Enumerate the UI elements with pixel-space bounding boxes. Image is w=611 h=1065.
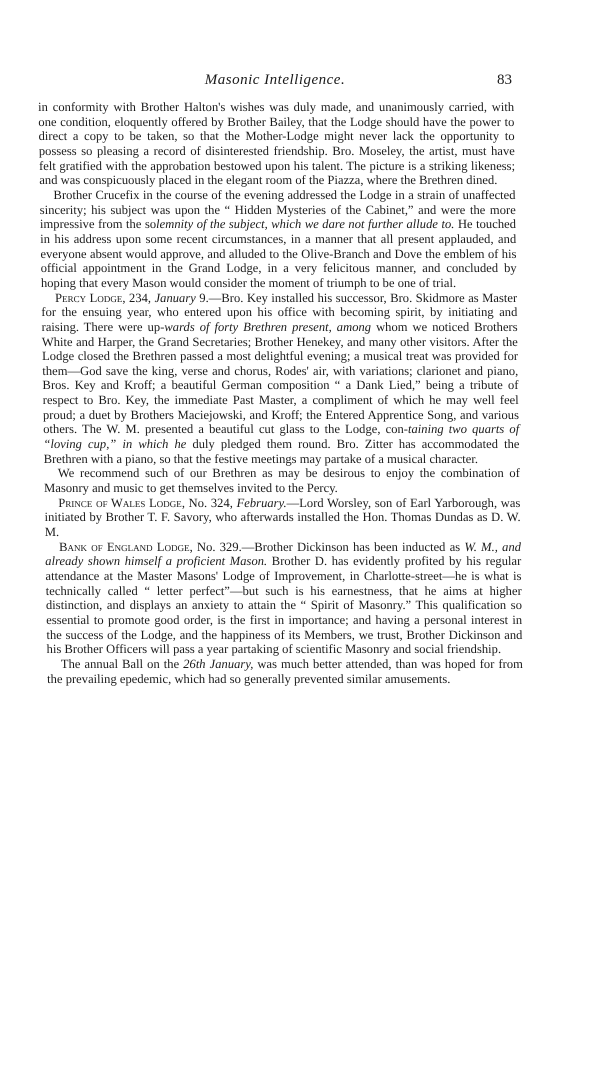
page-number: 83 (497, 72, 512, 89)
paragraph-bank-of-england-lodge: Bank of England Lodge, No. 329.—Brother … (45, 540, 523, 657)
page-header: Masonic Intelligence. 83 (40, 72, 510, 92)
running-title: Masonic Intelligence. (40, 72, 510, 89)
text-segment: lemnity of the subject, which we dare no… (156, 217, 455, 231)
text-segment: in conformity with Brother Halton's wish… (38, 100, 515, 187)
book-page: Masonic Intelligence. 83 in conformity w… (0, 0, 611, 1065)
text-segment: January (154, 291, 196, 305)
text-segment: whom we noticed Brothers White and Harpe… (42, 320, 519, 437)
paragraph-percy-lodge: Percy Lodge, 234, January 9.—Bro. Key in… (41, 291, 520, 467)
paragraph-prince-of-wales-lodge: Prince of Wales Lodge, No. 324, February… (44, 496, 521, 540)
text-segment: , 234, (122, 291, 154, 305)
text-segment: Brother D. has evidently profited by his… (45, 554, 522, 656)
text-segment: Prince of Wales Lodge (58, 496, 182, 510)
text-segment: We recommend such of our Brethren as may… (44, 466, 520, 495)
text-segment: February. (236, 496, 286, 510)
text-segment: , No. 329.—Brother Dickinson has been in… (189, 540, 464, 554)
text-segment: Percy Lodge (55, 291, 122, 305)
paragraph-continuation: in conformity with Brother Halton's wish… (38, 100, 515, 188)
page-body: in conformity with Brother Halton's wish… (38, 100, 523, 686)
text-segment: , No. 324, (182, 496, 237, 510)
paragraph-recommendation: We recommend such of our Brethren as may… (44, 466, 520, 495)
text-segment: The annual Ball on the (61, 657, 184, 671)
paragraph-annual-ball: The annual Ball on the 26th January, was… (47, 657, 523, 686)
text-segment: Bank of England Lodge (59, 540, 190, 554)
paragraph-crucefix-address: Brother Crucefix in the course of the ev… (39, 188, 517, 291)
text-segment: -wards of forty Brethren present, among (160, 320, 371, 334)
text-segment: 26th January, (183, 657, 253, 671)
